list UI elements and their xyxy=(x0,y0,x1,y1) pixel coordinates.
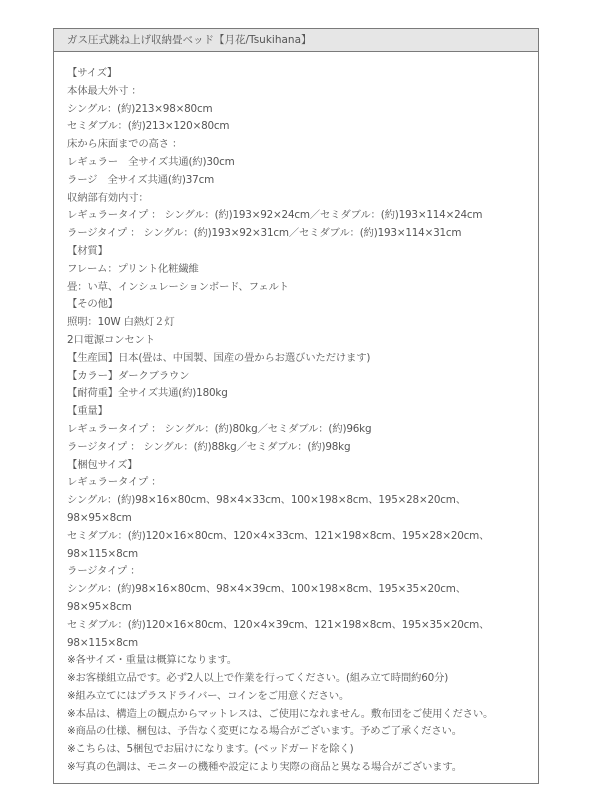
section-heading-size: 【サイズ】 xyxy=(67,65,538,83)
spec-line: ラージタイプ ： シングル：(約)193×92×31cm／セミダブル：(約)19… xyxy=(67,225,538,243)
section-heading-package: 【梱包サイズ】 xyxy=(67,457,538,475)
spec-line: シングル：(約)213×98×80cm xyxy=(67,101,538,119)
spec-header: ガス圧式跳ね上げ収納畳ベッド【月花/Tsukihana】 xyxy=(54,29,538,52)
note-line: ※組み立てにはプラスドライバー、コインをご用意ください。 xyxy=(67,688,538,706)
spec-line: 98×115×8cm xyxy=(67,546,538,564)
spec-line: 98×95×8cm xyxy=(67,599,538,617)
spec-line: 98×95×8cm xyxy=(67,510,538,528)
note-line: ※写真の色調は、モニターの機種や設定により実際の商品と異なる場合がございます。 xyxy=(67,759,538,777)
spec-line-color: 【カラー】ダークブラウン xyxy=(67,368,538,386)
section-heading-other: 【その他】 xyxy=(67,296,538,314)
product-title: ガス圧式跳ね上げ収納畳ベッド【月花/Tsukihana】 xyxy=(67,34,312,46)
spec-line: 畳：い草、インシュレーションボード、フェルト xyxy=(67,279,538,297)
spec-table: ガス圧式跳ね上げ収納畳ベッド【月花/Tsukihana】 【サイズ】 本体最大外… xyxy=(53,28,539,784)
spec-line: 2口電源コンセント xyxy=(67,332,538,350)
note-line: ※こちらは、5梱包でお届けになります。(ベッドガードを除く) xyxy=(67,741,538,759)
spec-line: フレーム：プリント化粧繊維 xyxy=(67,261,538,279)
spec-line: ラージタイプ ： シングル：(約)88kg／セミダブル：(約)98kg xyxy=(67,439,538,457)
spec-line: セミダブル：(約)120×16×80cm、120×4×39cm、121×198×… xyxy=(67,617,538,635)
spec-line-load: 【耐荷重】全サイズ共通(約)180kg xyxy=(67,385,538,403)
spec-line: セミダブル：(約)213×120×80cm xyxy=(67,118,538,136)
spec-line: レギュラータイプ ： シングル：(約)193×92×24cm／セミダブル：(約)… xyxy=(67,207,538,225)
note-line: ※各サイズ・重量は概算になります。 xyxy=(67,652,538,670)
note-line: ※商品の仕様、梱包は、予告なく変更になる場合がございます。予めご了承ください。 xyxy=(67,723,538,741)
spec-line: シングル：(約)98×16×80cm、98×4×33cm、100×198×8cm… xyxy=(67,492,538,510)
section-heading-weight: 【重量】 xyxy=(67,403,538,421)
note-line: ※お客様組立品です。必ず2人以上で作業を行ってください。(組み立て時間約60分) xyxy=(67,670,538,688)
spec-line: 収納部有効内寸： xyxy=(67,190,538,208)
spec-line: レギュラータイプ ： xyxy=(67,474,538,492)
spec-line: 床から床面までの高さ ： xyxy=(67,136,538,154)
spec-line: 98×115×8cm xyxy=(67,635,538,653)
spec-line: ラージタイプ ： xyxy=(67,563,538,581)
note-line: ※本品は、構造上の観点からマットレスは、ご使用になれません。敷布団をご使用くださ… xyxy=(67,706,538,724)
spec-line: レギュラータイプ ： シングル：(約)80kg／セミダブル：(約)96kg xyxy=(67,421,538,439)
spec-line: レギュラー 全サイズ共通(約)30cm xyxy=(67,154,538,172)
spec-line: 照明：10W 白熱灯２灯 xyxy=(67,314,538,332)
spec-line: 本体最大外寸 ： xyxy=(67,83,538,101)
spec-body: 【サイズ】 本体最大外寸 ： シングル：(約)213×98×80cm セミダブル… xyxy=(54,52,538,777)
spec-line: セミダブル：(約)120×16×80cm、120×4×33cm、121×198×… xyxy=(67,528,538,546)
section-heading-material: 【材質】 xyxy=(67,243,538,261)
spec-line: シングル：(約)98×16×80cm、98×4×39cm、100×198×8cm… xyxy=(67,581,538,599)
spec-line: ラージ 全サイズ共通(約)37cm xyxy=(67,172,538,190)
spec-line-country: 【生産国】日本(畳は、中国製、国産の畳からお選びいただけます) xyxy=(67,350,538,368)
